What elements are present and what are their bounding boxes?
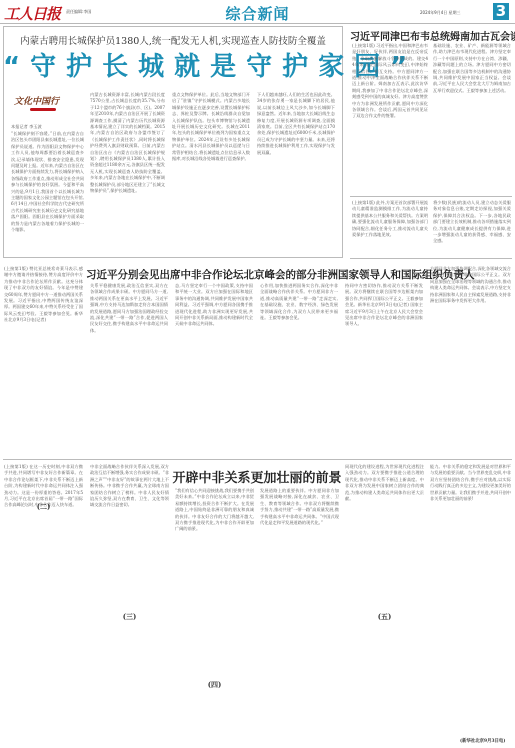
commentary-column-4: 发展道路上的重要伙伴。中方愿同非方加强发展战略对接,深化在减贫、农业、卫生、教育… bbox=[260, 488, 339, 742]
commentary-footnote: (新华社北京9月3日电) bbox=[460, 738, 505, 744]
feature-column-3: 重点文物保护单位。此后,当地文物部门开启了“驻镇”守护长城模式。内蒙古多地长城保… bbox=[172, 92, 250, 248]
issue-date: 2024年9月4日 星期三 bbox=[420, 10, 461, 16]
page-number: 3 bbox=[493, 3, 509, 20]
feature-subheadline: 内蒙古聘用长城保护员1380人,统一配发无人机,实现巡查人防技防全覆盖 bbox=[3, 33, 343, 47]
meeting-column-3: 态,马方坚定奉行一个中国政策,支持中国和平统一大业。双方应加强在国际和地区事务中… bbox=[175, 283, 253, 426]
commentary-column-5: 同现代化的建设进程,为世界现代化进程注入强劲动力。双方要携手推进公道合理的现代化… bbox=[345, 464, 424, 742]
sidebar-lower-column-1: (上接第1版) 此外,方案还首次部署开展流动儿童精准监测摸排工作,为流动儿童持续… bbox=[352, 200, 428, 252]
sidebar-headline: 习近平同津巴布韦总统姆南加古瓦会谈 bbox=[350, 28, 512, 43]
commentary-column-2: 中非全面战略合作伙伴关系深入发展,双方政治互信不断增强,务实合作成果丰硕。“非洲… bbox=[90, 464, 169, 742]
section-divider bbox=[3, 459, 512, 460]
meeting-column-4: 心作用,加快推进两国务实合作,深化中非全面战略合作伙伴关系。中方愿同非方一道,推… bbox=[260, 283, 338, 426]
meeting-column-2: 关系平稳健康发展,政治互信坚实,双方在各领域合作成果丰硕。中方愿同马方一道,推动… bbox=[90, 283, 168, 426]
section-mark-3: (三) bbox=[90, 612, 169, 622]
meeting-column-5: 持同中方密切协作,推动双方关系不断发展。双方将继续在联合国等多边框架内加强合作,… bbox=[345, 283, 423, 426]
section-mark-4: (四) bbox=[175, 680, 254, 690]
meeting-column-6: 方愿同非方加强协调配合,深化各领域交流合作,促进共同发展,维护国际公平正义。双方… bbox=[430, 266, 511, 426]
meeting-headline: 习近平分别会见出席中非合作论坛北京峰会的部分非洲国家领导人和国际组织负责人 bbox=[86, 267, 426, 282]
feature-column-1: “长城保护刻不容缓。”日前,在内蒙古自治区包头市固阳县秦长城遗址,一位长城保护员… bbox=[11, 131, 84, 248]
sidebar-column-2: 基础设施、农业、矿产、新能源等领域合作,助力津巴布韦现代化进程。津方坚定奉行一个… bbox=[433, 43, 511, 173]
meeting-column-1: (上接第1版) 赞比亚总统希奇莱马表示,感谢中方邀请并热情接待,赞方高度评价中方… bbox=[4, 266, 83, 426]
feature-column-4: 下人们越来越旺,人们的生活也因此改变。34岁的张存勇一家是长城脚下的居民,他说,… bbox=[257, 92, 335, 248]
section-mark-2: (二) bbox=[4, 502, 83, 512]
feature-headline: “守护长城就是守护家园” bbox=[3, 46, 343, 83]
feature-column-2: 内蒙古长城资源丰富,长城内蒙古段长度7570公里,占长城总长度的35.7%,分布… bbox=[90, 92, 165, 248]
sidebar-lower-column-2: 将少数(民族)的流动人员,建立动态关爱服务对象信息台账,定期走访探视,加强关爱保… bbox=[433, 200, 511, 252]
sidebar-column-1: (上接第1版) 习近平指出,中国和津巴布韦是好朋友、好伙伴,两国友谊是在反帝反殖… bbox=[352, 43, 428, 218]
column-badge: 文化中国行 bbox=[14, 94, 59, 107]
sidebar-bottom-rule bbox=[350, 258, 512, 259]
feature-byline: 本报记者 李玉波 bbox=[11, 124, 42, 130]
commentary-column-3: “我们有信心共同迎接挑战,我们要携手共创美好未来。”中非合作论坛成立以来,中非贸… bbox=[175, 488, 254, 742]
commentary-column-6: 能力。中非关系的稳定和发展是对世界和平与发展的重要贡献。当今世界变乱交织,中非双… bbox=[430, 464, 511, 732]
sidebar-divider bbox=[350, 196, 512, 197]
section-mark-5: (五) bbox=[345, 612, 424, 622]
badge-decoration bbox=[30, 108, 56, 111]
commentary-headline: 开辟中非关系更加壮丽的前景 bbox=[172, 467, 342, 486]
masthead: 工人日报 责任编辑:李国 综合新闻 2024年9月4日 星期三 3 bbox=[0, 0, 515, 24]
